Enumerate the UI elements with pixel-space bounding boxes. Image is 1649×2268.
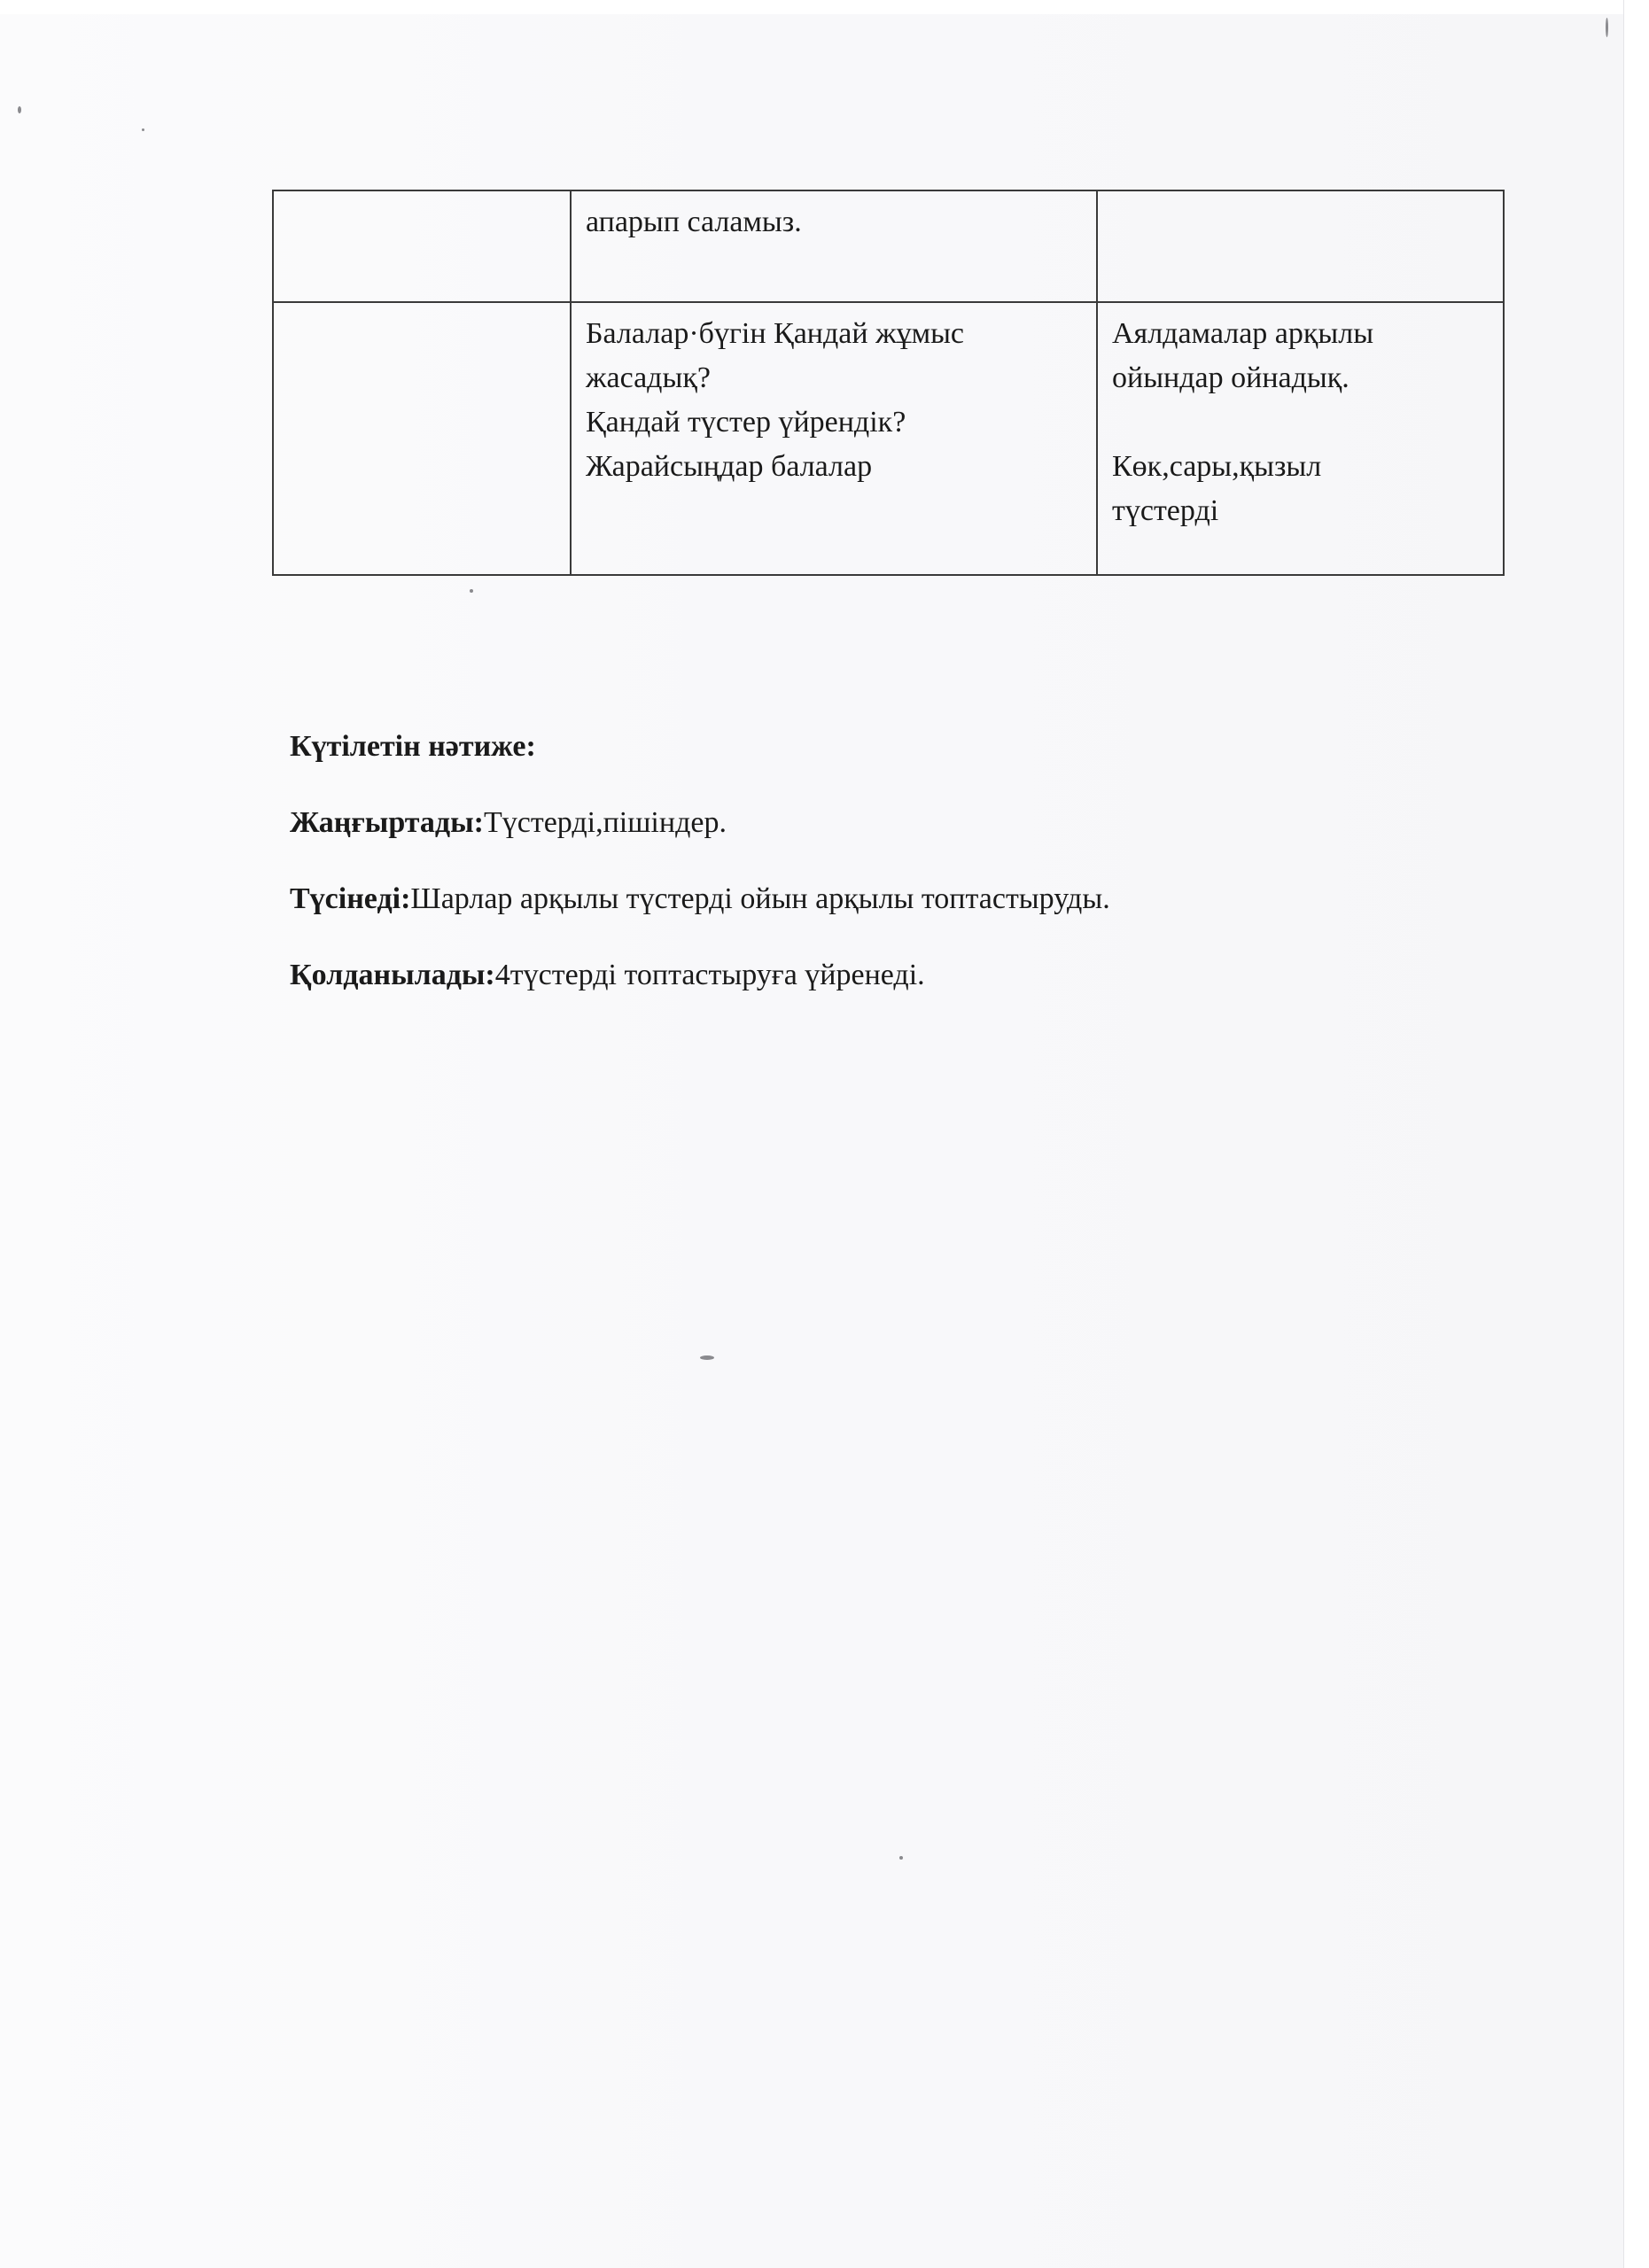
cell-text: ойындар ойнадық. — [1112, 356, 1490, 400]
cell-text: Аялдамалар арқылы — [1112, 312, 1490, 356]
scan-speck — [142, 128, 144, 131]
cell-text: жасадық? — [586, 356, 1084, 400]
table-row: апарып саламыз. — [273, 190, 1504, 302]
expected-results: Күтілетін нәтиже: Жаңғыртады:Түстерді,пі… — [290, 725, 1442, 1029]
result-text: 4түстерді топтастыруға үйренеді. — [495, 959, 925, 991]
table-cell-activity: апарып саламыз. — [571, 190, 1097, 302]
cell-text: апарып саламыз. — [586, 200, 1084, 245]
cell-spacer — [1112, 400, 1490, 445]
scanned-page: апарып саламыз. Балалар·бүгін Қандай жұм… — [0, 0, 1649, 2268]
table-row: Балалар·бүгін Қандай жұмыс жасадық? Қанд… — [273, 302, 1504, 575]
result-label: Қолданылады: — [290, 959, 495, 991]
table-cell-children-answers: Аялдамалар арқылы ойындар ойнадық. Көк,с… — [1097, 302, 1504, 575]
expected-results-heading: Күтілетін нәтиже: — [290, 725, 1442, 769]
scan-speck — [700, 1355, 714, 1360]
cell-text: түстерді — [1112, 489, 1490, 533]
scan-speck — [899, 1856, 903, 1860]
result-text: Түстерді,пішіндер. — [484, 806, 727, 839]
table-cell-empty — [1097, 190, 1504, 302]
scan-right-margin — [1623, 0, 1649, 2268]
cell-text: Жарайсыңдар балалар — [586, 445, 1084, 489]
cell-text: Қандай түстер үйрендік? — [586, 400, 1084, 445]
table-cell-empty — [273, 190, 571, 302]
result-item-apply: Қолданылады:4түстерді топтастыруға үйрен… — [290, 953, 1442, 998]
result-label: Жаңғыртады: — [290, 806, 484, 839]
result-item-understand: Түсінеді:Шарлар арқылы түстерді ойын арқ… — [290, 877, 1442, 921]
scan-speck — [18, 106, 21, 113]
result-item-recall: Жаңғыртады:Түстерді,пішіндер. — [290, 801, 1442, 845]
result-label: Түсінеді: — [290, 882, 410, 915]
scan-speck — [470, 589, 473, 593]
table-cell-empty — [273, 302, 571, 575]
result-text: Шарлар арқылы түстерді ойын арқылы топта… — [410, 882, 1109, 915]
lesson-table: апарып саламыз. Балалар·бүгін Қандай жұм… — [272, 190, 1505, 576]
scan-top-margin — [0, 0, 1649, 14]
cell-text: Балалар·бүгін Қандай жұмыс — [586, 312, 1084, 356]
table-cell-teacher-questions: Балалар·бүгін Қандай жұмыс жасадық? Қанд… — [571, 302, 1097, 575]
scan-speck — [1606, 18, 1608, 37]
cell-text: Көк,сары,қызыл — [1112, 445, 1490, 489]
